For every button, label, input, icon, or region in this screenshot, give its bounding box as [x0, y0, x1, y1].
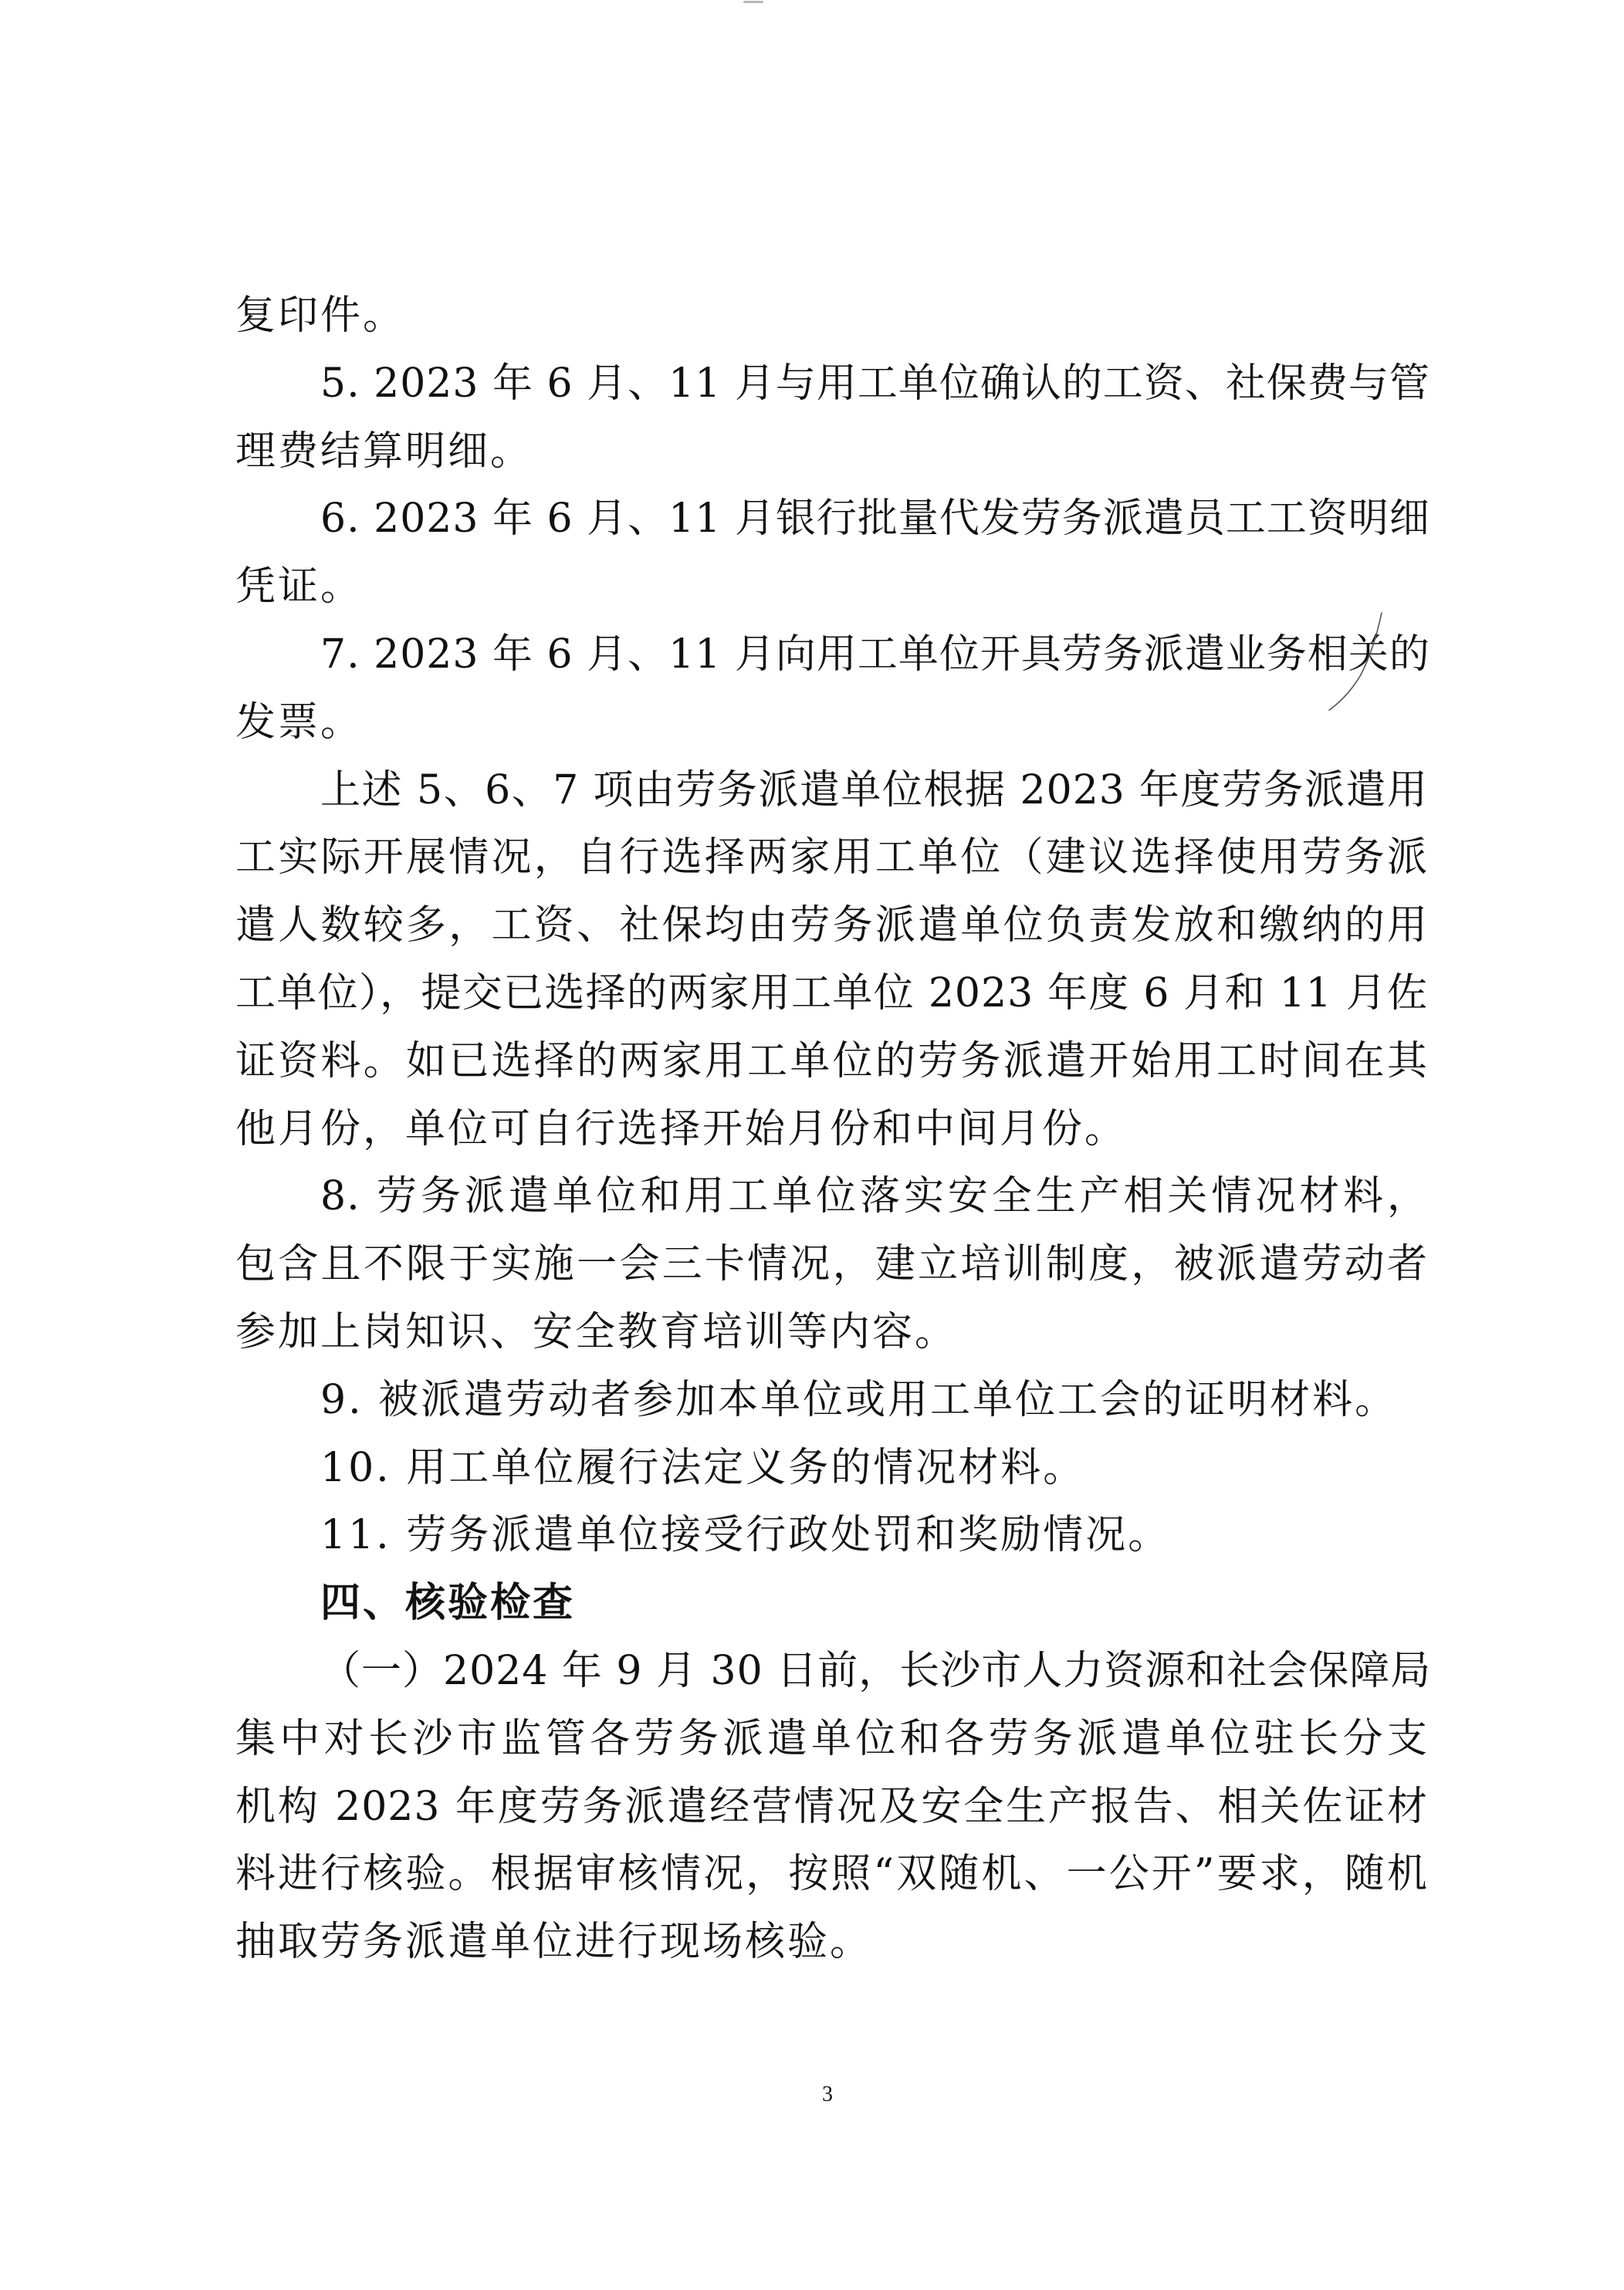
page-number: 3	[812, 2082, 843, 2107]
paragraph-note: 上述 5、6、7 项由劳务派遣单位根据 2023 年度劳务派遣用	[235, 757, 1428, 825]
scan-artifact	[743, 1, 763, 3]
text-line: 参加上岗知识、安全教育培训等内容。	[235, 1299, 1428, 1367]
list-item-10: 10. 用工单位履行法定义务的情况材料。	[235, 1435, 1428, 1503]
list-item-9: 9. 被派遣劳动者参加本单位或用工单位工会的证明材料。	[235, 1367, 1428, 1435]
text-line: 集中对长沙市监管各劳务派遣单位和各劳务派遣单位驻长分支	[235, 1706, 1428, 1774]
document-body: 复印件。 5. 2023 年 6 月、11 月与用工单位确认的工资、社保费与管 …	[235, 282, 1428, 1977]
text-line: 遣人数较多，工资、社保均由劳务派遣单位负责发放和缴纳的用	[235, 892, 1428, 960]
list-item-5: 5. 2023 年 6 月、11 月与用工单位确认的工资、社保费与管	[235, 350, 1428, 418]
text-line: 工实际开展情况，自行选择两家用工单位（建议选择使用劳务派	[235, 824, 1428, 892]
text-line: 工单位），提交已选择的两家用工单位 2023 年度 6 月和 11 月佐	[235, 960, 1428, 1028]
text-line: 凭证。	[235, 553, 1428, 621]
text-line: 料进行核验。根据审核情况，按照“双随机、一公开”要求，随机	[235, 1841, 1428, 1909]
text-line: 机构 2023 年度劳务派遣经营情况及安全生产报告、相关佐证材	[235, 1774, 1428, 1842]
subsection-1: （一）2024 年 9 月 30 日前，长沙市人力资源和社会保障局	[235, 1638, 1428, 1706]
list-item-7: 7. 2023 年 6 月、11 月向用工单位开具劳务派遣业务相关的	[235, 621, 1428, 689]
text-line: 证资料。如已选择的两家用工单位的劳务派遣开始用工时间在其	[235, 1028, 1428, 1096]
text-line: 他月份，单位可自行选择开始月份和中间月份。	[235, 1096, 1428, 1164]
list-item-11: 11. 劳务派遣单位接受行政处罚和奖励情况。	[235, 1502, 1428, 1570]
text-line: 复印件。	[235, 282, 1428, 350]
pencil-mark-icon	[1326, 611, 1388, 712]
text-line: 理费结算明细。	[235, 418, 1428, 486]
text-line: 包含且不限于实施一会三卡情况，建立培训制度，被派遣劳动者	[235, 1231, 1428, 1299]
section-heading: 四、核验检查	[235, 1570, 1428, 1638]
document-page: 复印件。 5. 2023 年 6 月、11 月与用工单位确认的工资、社保费与管 …	[0, 0, 1624, 2290]
list-item-8: 8. 劳务派遣单位和用工单位落实安全生产相关情况材料，	[235, 1163, 1428, 1231]
list-item-6: 6. 2023 年 6 月、11 月银行批量代发劳务派遣员工工资明细	[235, 485, 1428, 553]
text-line: 抽取劳务派遣单位进行现场核验。	[235, 1909, 1428, 1977]
text-line: 发票。	[235, 689, 1428, 757]
